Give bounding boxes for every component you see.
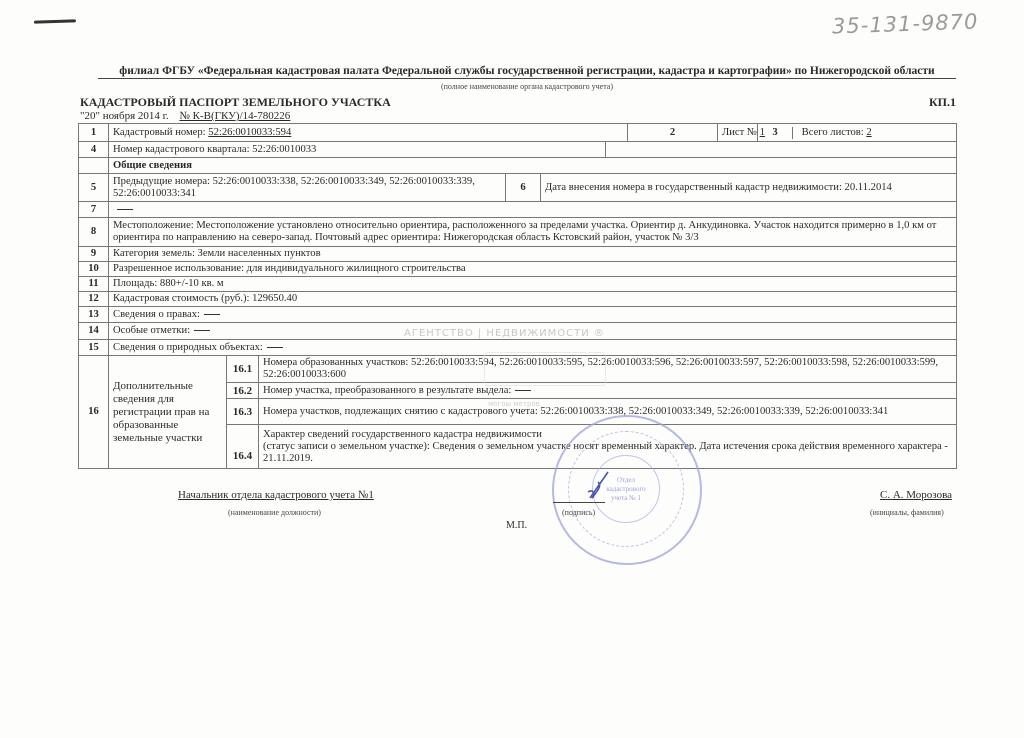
organization-name: филиал ФГБУ «Федеральная кадастровая пал… [98,65,956,79]
signatory-position: Начальник отдела кадастрового учета №1 [178,489,374,501]
total-sheets-label: Всего листов: [802,127,864,138]
pen-mark [34,19,76,23]
document-title: КАДАСТРОВЫЙ ПАСПОРТ ЗЕМЕЛЬНОГО УЧАСТКА [80,95,391,110]
table-row: 1 Кадастровый номер: 52:26:0010033:594 2… [79,124,957,142]
table-row: Общие сведения [79,158,957,174]
table-row: 13 Сведения о правах: [79,307,957,323]
rights-info: Сведения о правах: [109,307,957,323]
table-row: 7 [79,202,957,218]
cadastral-number-cell: Кадастровый номер: 52:26:0010033:594 [109,124,628,142]
total-sheets-cell: 3 Всего листов: 2 [758,124,957,142]
natural-objects-label: Сведения о природных объектах: [113,342,263,353]
watermark-subtext: могоы метров [488,400,540,408]
special-notes-label: Особые отметки: [113,325,190,336]
sheet-number-cell: Лист № 1 [718,124,758,142]
signature-line [553,502,605,503]
previous-numbers: Предыдущие номера: 52:26:0010033:338, 52… [109,174,506,202]
cadastral-number-value: 52:26:0010033:594 [208,127,291,138]
table-row: 5 Предыдущие номера: 52:26:0010033:338, … [79,174,957,202]
dash [204,314,220,315]
registration-date: Дата внесения номера в государственный к… [541,182,892,194]
sub-row-number: 16.3 [227,399,259,425]
row-number: 6 [506,174,541,201]
table-row: 11 Площадь: 880+/-10 кв. м [79,277,957,292]
document-date: "20" ноября 2014 г. [80,110,169,122]
sub-row-number: 16.1 [227,356,259,383]
signatory-name: С. А. Морозова [880,489,952,501]
row-number: 15 [79,340,109,356]
section-heading-general: Общие сведения [109,158,957,174]
permitted-use: Разрешенное использование: для индивидуа… [109,262,957,277]
signature-caption: (подпись) [562,508,595,517]
table-row: 4 Номер кадастрового квартала: 52:26:001… [79,142,957,158]
watermark-text: АГЕНТСТВО | НЕДВИЖИМОСТИ ® [404,328,605,339]
dash [117,209,133,210]
signature-icon [586,470,616,500]
dash [194,330,210,331]
table-row: 9 Категория земель: Земли населенных пун… [79,247,957,262]
row7-value [109,202,957,218]
registration-date-cell: 6 Дата внесения номера в государственный… [506,174,957,202]
row-number: 11 [79,277,109,292]
position-caption: (наименование должности) [228,508,321,517]
row-number: 14 [79,323,109,340]
row-number: 10 [79,262,109,277]
transformed-parcel: Номер участка, преобразованного в резуль… [259,383,957,399]
handwritten-number: 35-131-9870 [832,9,979,38]
empty-cell [79,158,109,174]
rights-info-label: Сведения о правах: [113,309,200,320]
row-number: 9 [79,247,109,262]
row-number: 8 [79,218,109,247]
dash [267,347,283,348]
form-code: КП.1 [900,95,956,110]
table-row: 8 Местоположение: Местоположение установ… [79,218,957,247]
watermark-logo [484,352,606,386]
row-number: 4 [79,142,109,158]
empty-cell [606,142,957,158]
row-number: 3 [758,127,793,139]
area: Площадь: 880+/-10 кв. м [109,277,957,292]
row-number: 1 [79,124,109,142]
row-number: 16 [79,356,109,469]
name-caption: (инициалы, фамилия) [870,508,944,517]
dash [515,390,531,391]
table-row: 12 Кадастровая стоимость (руб.): 129650.… [79,292,957,307]
additional-info-label: Дополнительные сведения для регистрации … [109,356,227,469]
row-number: 13 [79,307,109,323]
sheet-number-label: Лист № [722,127,757,138]
cadastral-passport-table: 1 Кадастровый номер: 52:26:0010033:594 2… [78,123,957,469]
document-number: № К-В(ГКУ)/14-780226 [179,110,290,122]
cadastral-number-label: Кадастровый номер: [113,127,206,138]
row-number: 12 [79,292,109,307]
table-row: 10 Разрешенное использование: для индиви… [79,262,957,277]
row-number: 7 [79,202,109,218]
cadastral-value: Кадастровая стоимость (руб.): 129650.40 [109,292,957,307]
row-number: 2 [628,124,718,142]
cadastral-quarter: Номер кадастрового квартала: 52:26:00100… [109,142,606,158]
organization-caption: (полное наименование органа кадастрового… [98,82,956,91]
transformed-parcel-label: Номер участка, преобразованного в резуль… [263,385,511,396]
total-sheets-value: 2 [866,127,871,138]
sub-row-number: 16.2 [227,383,259,399]
formed-parcels: Номера образованных участков: 52:26:0010… [259,356,957,383]
sub-row-number: 16.4 [227,425,259,469]
location: Местоположение: Местоположение установле… [109,218,957,247]
row-number: 5 [79,174,109,202]
seal-place-label: М.П. [506,520,527,531]
document-date-line: "20" ноября 2014 г. № К-В(ГКУ)/14-780226 [80,110,290,122]
land-category: Категория земель: Земли населенных пункт… [109,247,957,262]
